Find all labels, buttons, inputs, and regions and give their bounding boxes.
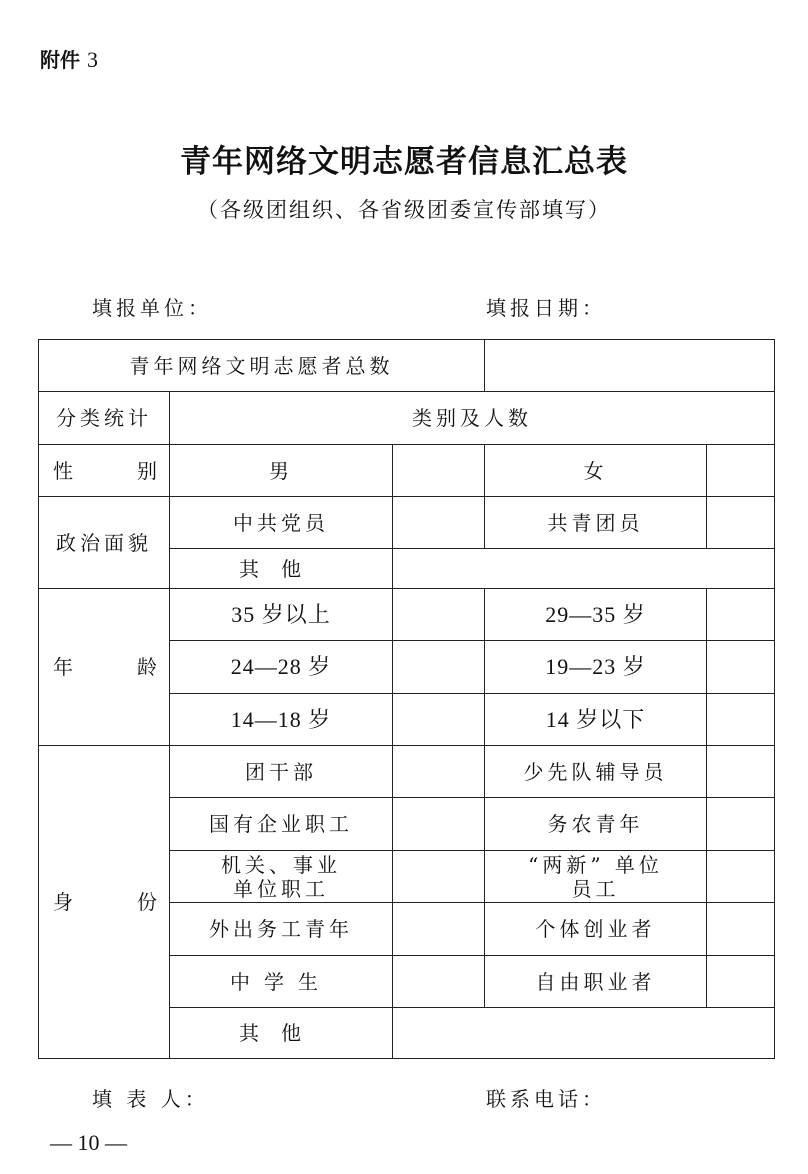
filler-label: 填 表 人：	[92, 1083, 209, 1112]
label-two-new-staff: “两新” 单位 员工	[484, 850, 707, 903]
label-soe-employee: 国有企业职工	[169, 797, 393, 851]
label-farming-youth: 务农青年	[484, 797, 707, 851]
value-league-cadre-field[interactable]	[392, 745, 485, 798]
value-party-member-field[interactable]	[392, 496, 485, 549]
label-male: 男	[169, 444, 393, 497]
total-value-field[interactable]	[484, 339, 775, 392]
value-soe-employee-field[interactable]	[392, 797, 485, 851]
label-party-member: 中共党员	[169, 496, 393, 549]
category-header: 分类统计	[38, 391, 170, 445]
value-age-24-28-field[interactable]	[392, 640, 485, 694]
label-middle-school-student: 中学生	[169, 955, 393, 1008]
attachment-number: 3	[87, 47, 99, 72]
label-female: 女	[484, 444, 707, 497]
group-political-status: 政治面貌	[38, 496, 170, 589]
label-institution-staff: 机关、事业 单位职工	[169, 850, 393, 903]
value-age-14-18-field[interactable]	[392, 693, 485, 746]
value-age-35-plus-field[interactable]	[392, 588, 485, 641]
total-label: 青年网络文明志愿者总数	[38, 339, 485, 392]
label-age-14-18: 14—18 岁	[169, 693, 393, 746]
label-age-35-plus: 35 岁以上	[169, 588, 393, 641]
value-identity-other-field[interactable]	[392, 1007, 775, 1059]
value-age-19-23-field[interactable]	[706, 640, 775, 694]
label-pioneer-counselor: 少先队辅导员	[484, 745, 707, 798]
label-line: “两新” 单位	[528, 853, 663, 877]
group-gender: 性别	[38, 444, 170, 497]
value-age-under-14-field[interactable]	[706, 693, 775, 746]
label-migrant-youth: 外出务工青年	[169, 902, 393, 956]
label-age-24-28: 24—28 岁	[169, 640, 393, 694]
date-label: 填报日期：	[486, 292, 606, 321]
value-age-29-35-field[interactable]	[706, 588, 775, 641]
label-league-cadre: 团干部	[169, 745, 393, 798]
value-freelancer-field[interactable]	[706, 955, 775, 1008]
label-league-member: 共青团员	[484, 496, 707, 549]
value-institution-staff-field[interactable]	[392, 850, 485, 903]
value-pioneer-counselor-field[interactable]	[706, 745, 775, 798]
label-line: 机关、事业	[221, 853, 341, 877]
phone-label: 联系电话：	[486, 1083, 606, 1112]
attachment-text: 附件	[40, 48, 80, 72]
page-subtitle: （各级团组织、各省级团委宣传部填写）	[0, 194, 808, 224]
group-age: 年龄	[38, 588, 170, 746]
label-line: 员工	[572, 877, 620, 901]
value-farming-youth-field[interactable]	[706, 797, 775, 851]
category-detail-header: 类别及人数	[169, 391, 775, 445]
label-self-employed: 个体创业者	[484, 902, 707, 956]
label-freelancer: 自由职业者	[484, 955, 707, 1008]
label-age-19-23: 19—23 岁	[484, 640, 707, 694]
label-age-under-14: 14 岁以下	[484, 693, 707, 746]
label-line: 单位职工	[233, 877, 329, 901]
label-political-other: 其他	[169, 548, 393, 589]
page-title: 青年网络文明志愿者信息汇总表	[0, 136, 808, 181]
value-political-other-field[interactable]	[392, 548, 775, 589]
label-identity-other: 其他	[169, 1007, 393, 1059]
attachment-label: 附件 3	[40, 44, 99, 73]
page-number: — 10 —	[50, 1130, 127, 1156]
value-league-member-field[interactable]	[706, 496, 775, 549]
value-two-new-staff-field[interactable]	[706, 850, 775, 903]
summary-table: 青年网络文明志愿者总数 分类统计 类别及人数 性别 男 女 政治面貌 中共党员 …	[38, 339, 775, 1059]
value-migrant-youth-field[interactable]	[392, 902, 485, 956]
value-self-employed-field[interactable]	[706, 902, 775, 956]
label-age-29-35: 29—35 岁	[484, 588, 707, 641]
value-male-field[interactable]	[392, 444, 485, 497]
value-middle-school-student-field[interactable]	[392, 955, 485, 1008]
group-identity: 身份	[38, 745, 170, 1059]
unit-label: 填报单位：	[92, 292, 212, 321]
value-female-field[interactable]	[706, 444, 775, 497]
